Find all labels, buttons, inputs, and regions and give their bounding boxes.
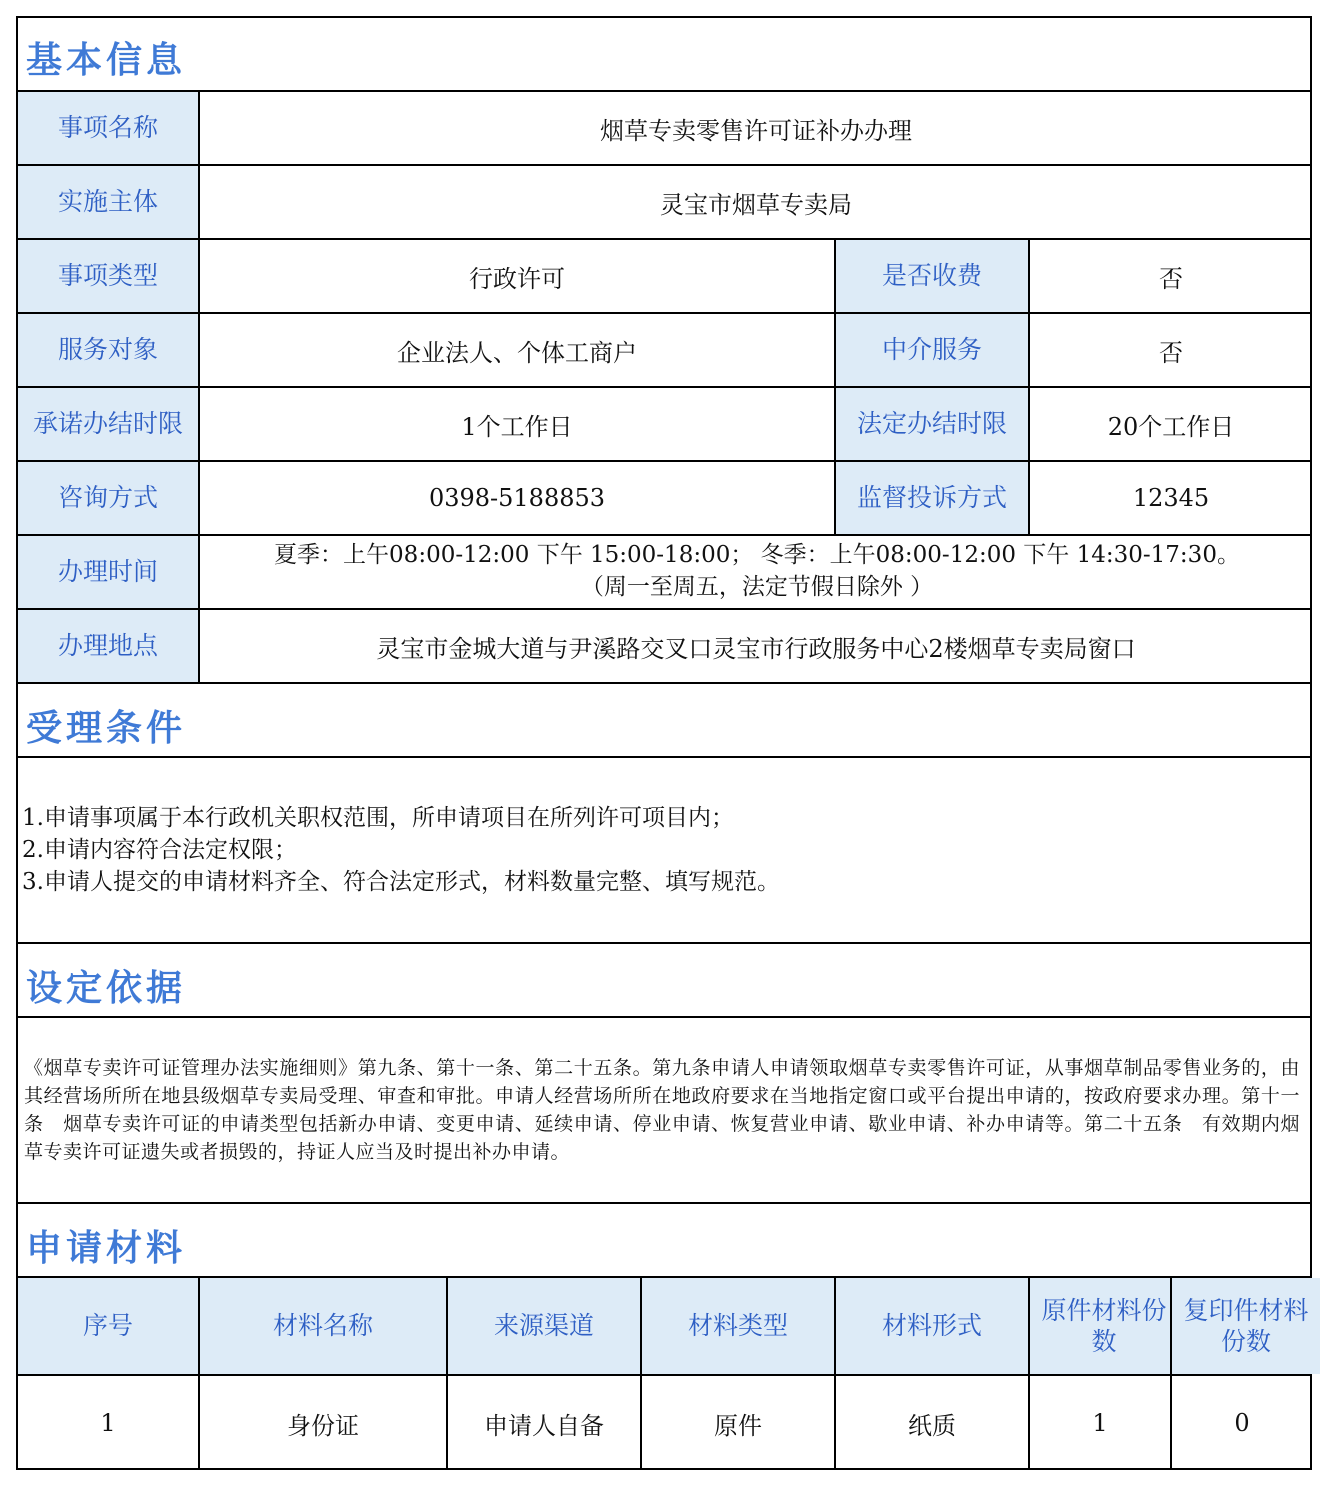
label-legal-time: 法定办结时限 (836, 388, 1028, 460)
value-location: 灵宝市金城大道与尹溪路交叉口灵宝市行政服务中心2楼烟草专卖局窗口 (200, 610, 1312, 682)
label-charge: 是否收费 (836, 240, 1028, 312)
label-item-type: 事项类型 (18, 240, 198, 312)
value-consult: 0398-5188853 (200, 462, 834, 534)
material-index: 1 (18, 1376, 198, 1470)
materials-header-form: 材料形式 (836, 1278, 1028, 1374)
section-title-materials: 申请材料 (26, 1220, 186, 1271)
material-copy-count: 0 (1172, 1376, 1312, 1470)
label-implementer: 实施主体 (18, 166, 198, 238)
label-intermediary: 中介服务 (836, 314, 1028, 386)
value-complaint: 12345 (1030, 462, 1312, 534)
label-service-target: 服务对象 (18, 314, 198, 386)
condition-item: 2.申请内容符合法定权限； (22, 834, 297, 866)
value-charge: 否 (1030, 240, 1312, 312)
condition-item: 1.申请事项属于本行政机关职权范围，所申请项目在所列许可项目内； (22, 802, 734, 834)
label-consult: 咨询方式 (18, 462, 198, 534)
value-legal-time: 20个工作日 (1030, 388, 1312, 460)
label-item-name: 事项名称 (18, 92, 198, 164)
value-item-name: 烟草专卖零售许可证补办办理 (200, 92, 1312, 164)
section-title-conditions: 受理条件 (26, 700, 186, 751)
value-implementer: 灵宝市烟草专卖局 (200, 166, 1312, 238)
material-type: 原件 (642, 1376, 834, 1470)
condition-item: 3.申请人提交的申请材料齐全、符合法定形式，材料数量完整、填写规范。 (22, 866, 780, 898)
materials-header-copy-count: 复印件材料份数 (1172, 1278, 1320, 1374)
value-service-target: 企业法人、个体工商户 (200, 314, 834, 386)
label-promised-time: 承诺办结时限 (18, 388, 198, 460)
label-office-hours: 办理时间 (18, 536, 198, 608)
materials-header-type: 材料类型 (642, 1278, 834, 1374)
material-original-count: 1 (1030, 1376, 1170, 1470)
value-office-hours-line1: 夏季：上午08:00-12:00 下午 15:00-18:00； 冬季：上午08… (202, 540, 1312, 570)
value-office-hours-line2: （周一至周五，法定节假日除外 ） (202, 572, 1312, 602)
section-title-basis: 设定依据 (26, 960, 186, 1011)
value-intermediary: 否 (1030, 314, 1312, 386)
materials-header-name: 材料名称 (200, 1278, 446, 1374)
label-location: 办理地点 (18, 610, 198, 682)
service-guide-sheet: 基本信息 事项名称 烟草专卖零售许可证补办办理 实施主体 灵宝市烟草专卖局 事项… (16, 16, 1312, 1470)
basis-text: 《烟草专卖许可证管理办法实施细则》第九条、第十一条、第二十五条。第九条申请人申请… (24, 1054, 1300, 1166)
material-source: 申请人自备 (448, 1376, 640, 1470)
material-form: 纸质 (836, 1376, 1028, 1470)
material-name: 身份证 (200, 1376, 446, 1470)
materials-header-original-count: 原件材料份数 (1030, 1278, 1178, 1374)
value-item-type: 行政许可 (200, 240, 834, 312)
value-promised-time: 1个工作日 (200, 388, 834, 460)
materials-header-index: 序号 (18, 1278, 198, 1374)
section-title-basic-info: 基本信息 (26, 32, 186, 83)
materials-header-source: 来源渠道 (448, 1278, 640, 1374)
label-complaint: 监督投诉方式 (836, 462, 1028, 534)
